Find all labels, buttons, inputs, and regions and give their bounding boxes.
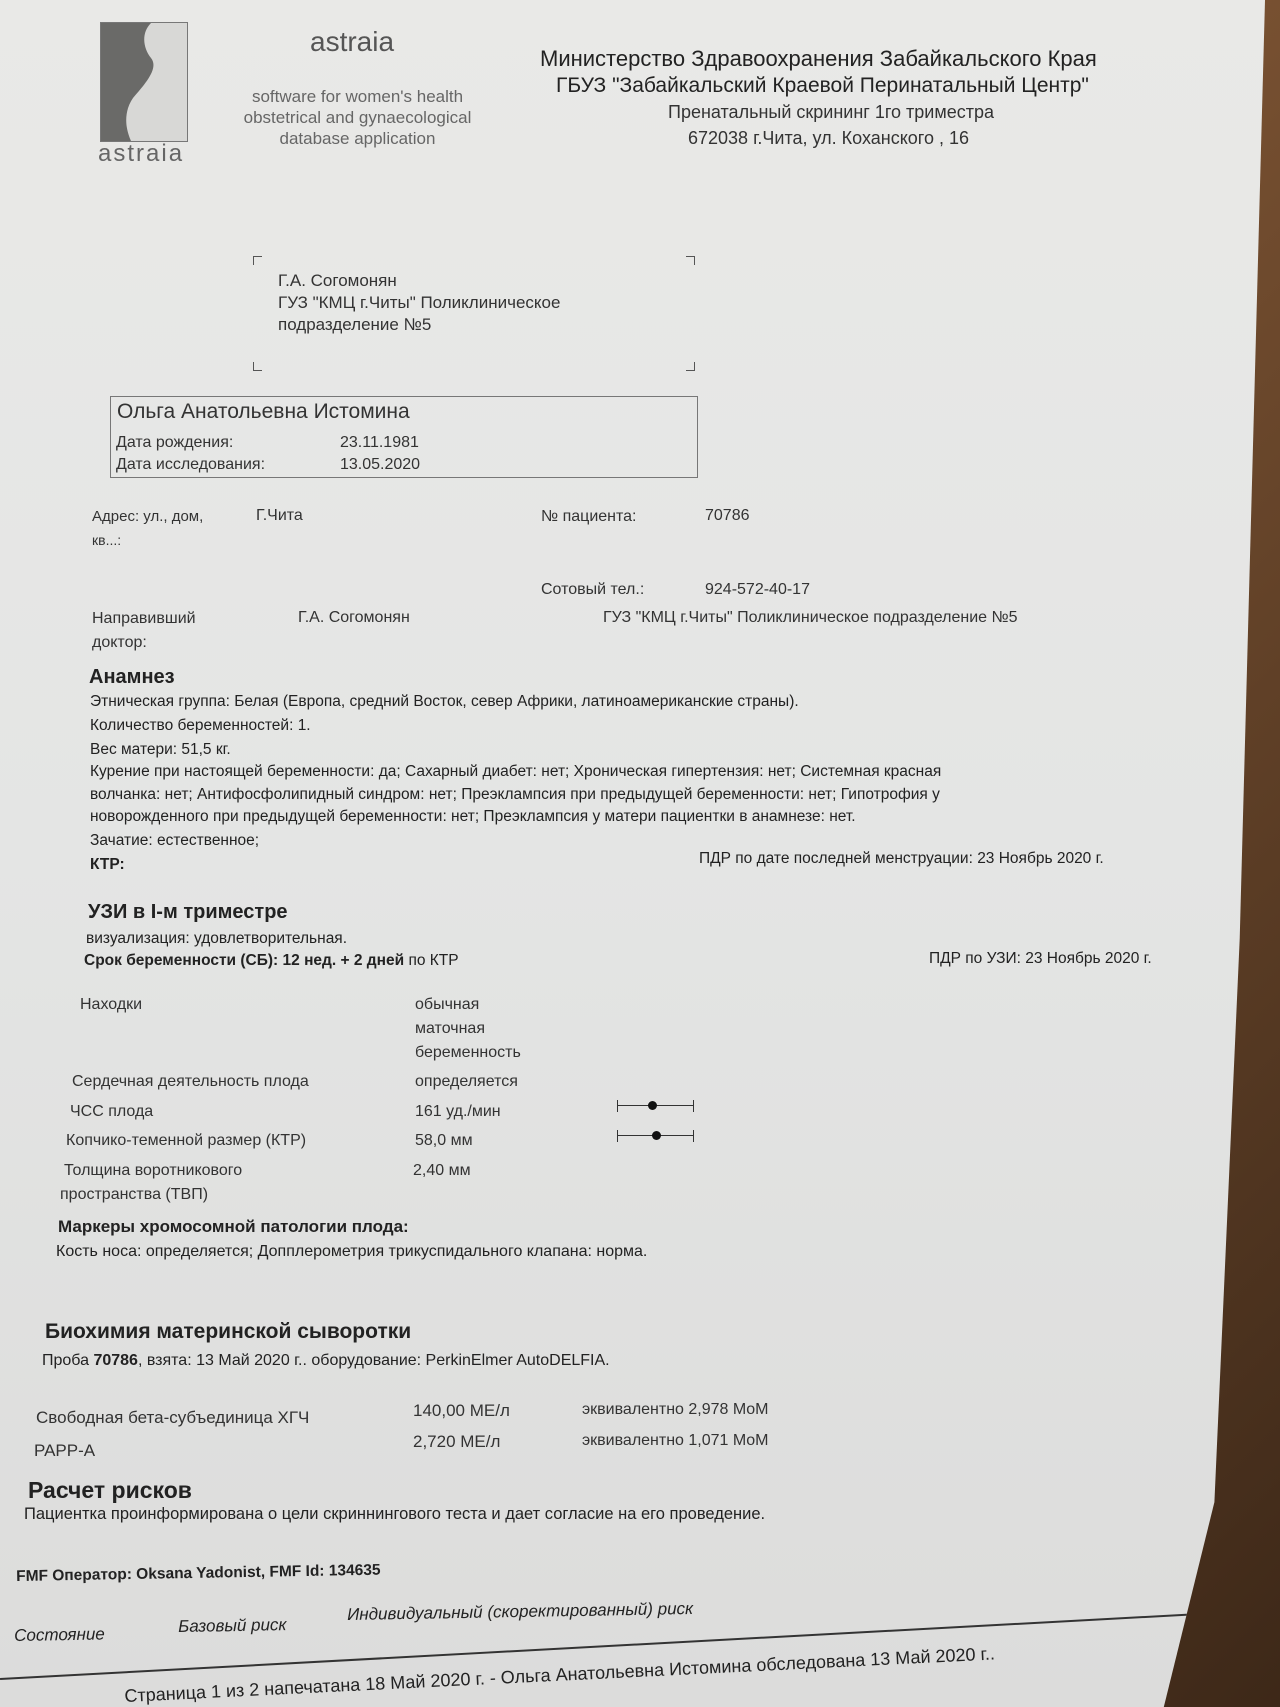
institution-title: ГБУЗ "Забайкальский Краевой Перинатальны… [556, 74, 1089, 98]
findings-value: маточная [415, 1020, 485, 1038]
address-label: кв...: [92, 532, 121, 548]
edd-ultrasound: ПДР по УЗИ: 23 Ноябрь 2020 г. [929, 950, 1152, 968]
patient-id-label: № пациента: [541, 508, 637, 526]
anamnesis-line: Этническая группа: Белая (Европа, средни… [90, 693, 799, 711]
hcg-label: Свободная бета-субъединица ХГЧ [36, 1408, 309, 1428]
logo-wordmark: astraia [98, 140, 184, 168]
crl-value: 58,0 мм [415, 1132, 473, 1150]
findings-value: обычная [415, 996, 479, 1014]
doctor-value: Г.А. Согомонян [298, 609, 410, 627]
dob-value: 23.11.1981 [340, 434, 419, 452]
findings-value: беременность [415, 1044, 521, 1062]
tagline-line: software for women's health [235, 86, 480, 107]
visualization-text: визуализация: удовлетворительная. [86, 930, 347, 948]
biochemistry-title: Биохимия материнской сыворотки [45, 1320, 411, 1344]
doctor-org-value: ГУЗ "КМЦ г.Читы" Поликлиническое подразд… [603, 609, 1018, 627]
window-corner [253, 256, 262, 265]
document-page: astraia astraia software for women's hea… [0, 0, 1265, 1707]
markers-title: Маркеры хромосомной патологии плода: [58, 1217, 409, 1237]
fetal-heart-value: определяется [415, 1073, 518, 1091]
gestational-age: Срок беременности (СБ): 12 нед. + 2 дней… [84, 952, 459, 970]
exam-date-label: Дата исследования: [116, 456, 265, 474]
pappa-label: PAPP-A [34, 1441, 95, 1461]
range-dot [652, 1131, 661, 1140]
patient-id-value: 70786 [705, 507, 750, 525]
phone-label: Сотовый тел.: [541, 581, 644, 599]
crl-range-indicator [617, 1130, 694, 1142]
anamnesis-line: новорожденного при предыдущей беременнос… [90, 808, 856, 826]
page-footer: Страница 1 из 2 напечатана 18 Май 2020 г… [124, 1643, 995, 1707]
fhr-label: ЧСС плода [70, 1103, 153, 1121]
col-base-risk: Базовый риск [178, 1615, 287, 1637]
consent-text: Пациентка проинформирована о цели скринн… [24, 1505, 765, 1524]
tagline-line: obstetrical and gynaecological [235, 107, 480, 128]
gestational-age-suffix: по КТР [404, 952, 458, 969]
sample-suffix: , взята: 13 Май 2020 г.. оборудование: P… [138, 1352, 610, 1369]
sample-info: Проба 70786, взята: 13 Май 2020 г.. обор… [42, 1352, 610, 1370]
silhouette-icon [101, 23, 187, 141]
col-individual-risk: Индивидуальный (скоректированный) риск [347, 1599, 693, 1625]
patient-name: Ольга Анатольевна Истомина [117, 400, 410, 424]
pappa-value: 2,720 МЕ/л [413, 1432, 500, 1452]
anamnesis-line: волчанка: нет; Антифосфолипидный синдром… [90, 786, 940, 804]
tagline: software for women's health obstetrical … [235, 86, 480, 149]
fhr-value: 161 уд./мин [415, 1103, 501, 1121]
fetal-heart-label: Сердечная деятельность плода [72, 1073, 309, 1091]
risk-title: Расчет рисков [28, 1477, 192, 1504]
recipient-org: подразделение №5 [278, 314, 560, 336]
tagline-line: database application [235, 128, 480, 149]
ministry-title: Министерство Здравоохранения Забайкальск… [540, 46, 1097, 72]
markers-text: Кость носа: определяется; Допплерометрия… [56, 1243, 647, 1261]
phone-value: 924-572-40-17 [705, 581, 810, 599]
nt-label: Толщина воротникового [64, 1162, 242, 1180]
recipient-block: Г.А. Согомонян ГУЗ "КМЦ г.Читы" Поликлин… [278, 270, 560, 336]
institution-address: 672038 г.Чита, ул. Коханского , 16 [688, 128, 969, 149]
anamnesis-line: Количество беременностей: 1. [90, 717, 311, 735]
dob-label: Дата рождения: [116, 434, 233, 452]
anamnesis-line: Вес матери: 51,5 кг. [90, 741, 231, 759]
recipient-name: Г.А. Согомонян [278, 270, 560, 292]
address-label: Адрес: ул., дом, [92, 508, 203, 525]
window-corner [686, 256, 695, 265]
window-corner [686, 362, 695, 371]
screening-title: Пренатальный скрининг 1го триместра [668, 102, 994, 123]
anamnesis-title: Анамнез [89, 666, 175, 689]
doctor-label: доктор: [92, 634, 147, 652]
col-state: Состояние [14, 1624, 105, 1646]
brand-name: astraia [310, 26, 394, 58]
gestational-age-value: Срок беременности (СБ): 12 нед. + 2 дней [84, 952, 404, 969]
doctor-label: Направивший [92, 610, 196, 628]
anamnesis-line: Курение при настоящей беременности: да; … [90, 763, 941, 781]
recipient-org: ГУЗ "КМЦ г.Читы" Поликлиническое [278, 292, 560, 314]
sample-id: 70786 [93, 1352, 138, 1369]
pappa-mom: эквивалентно 1,071 MoM [582, 1432, 768, 1450]
ktr-label: КТР: [90, 856, 125, 874]
nt-label: пространства (ТВП) [60, 1186, 208, 1204]
edd-lmp: ПДР по дате последней менструации: 23 Но… [699, 850, 1104, 868]
anamnesis-line: Зачатие: естественное; [90, 832, 259, 850]
range-dot [648, 1101, 657, 1110]
sample-prefix: Проба [42, 1352, 93, 1369]
window-corner [253, 362, 262, 371]
astraia-logo [100, 22, 188, 142]
ultrasound-title: УЗИ в I-м триместре [88, 901, 288, 924]
address-value: Г.Чита [256, 507, 303, 525]
crl-label: Копчико-теменной размер (КТР) [66, 1132, 306, 1150]
exam-date-value: 13.05.2020 [340, 456, 420, 474]
hcg-mom: эквивалентно 2,978 MoM [582, 1401, 768, 1419]
fmf-operator: FMF Оператор: Oksana Yadonist, FMF Id: 1… [16, 1562, 381, 1586]
fhr-range-indicator [617, 1100, 694, 1112]
nt-value: 2,40 мм [413, 1162, 471, 1180]
findings-label: Находки [80, 996, 142, 1014]
hcg-value: 140,00 МЕ/л [413, 1401, 510, 1421]
